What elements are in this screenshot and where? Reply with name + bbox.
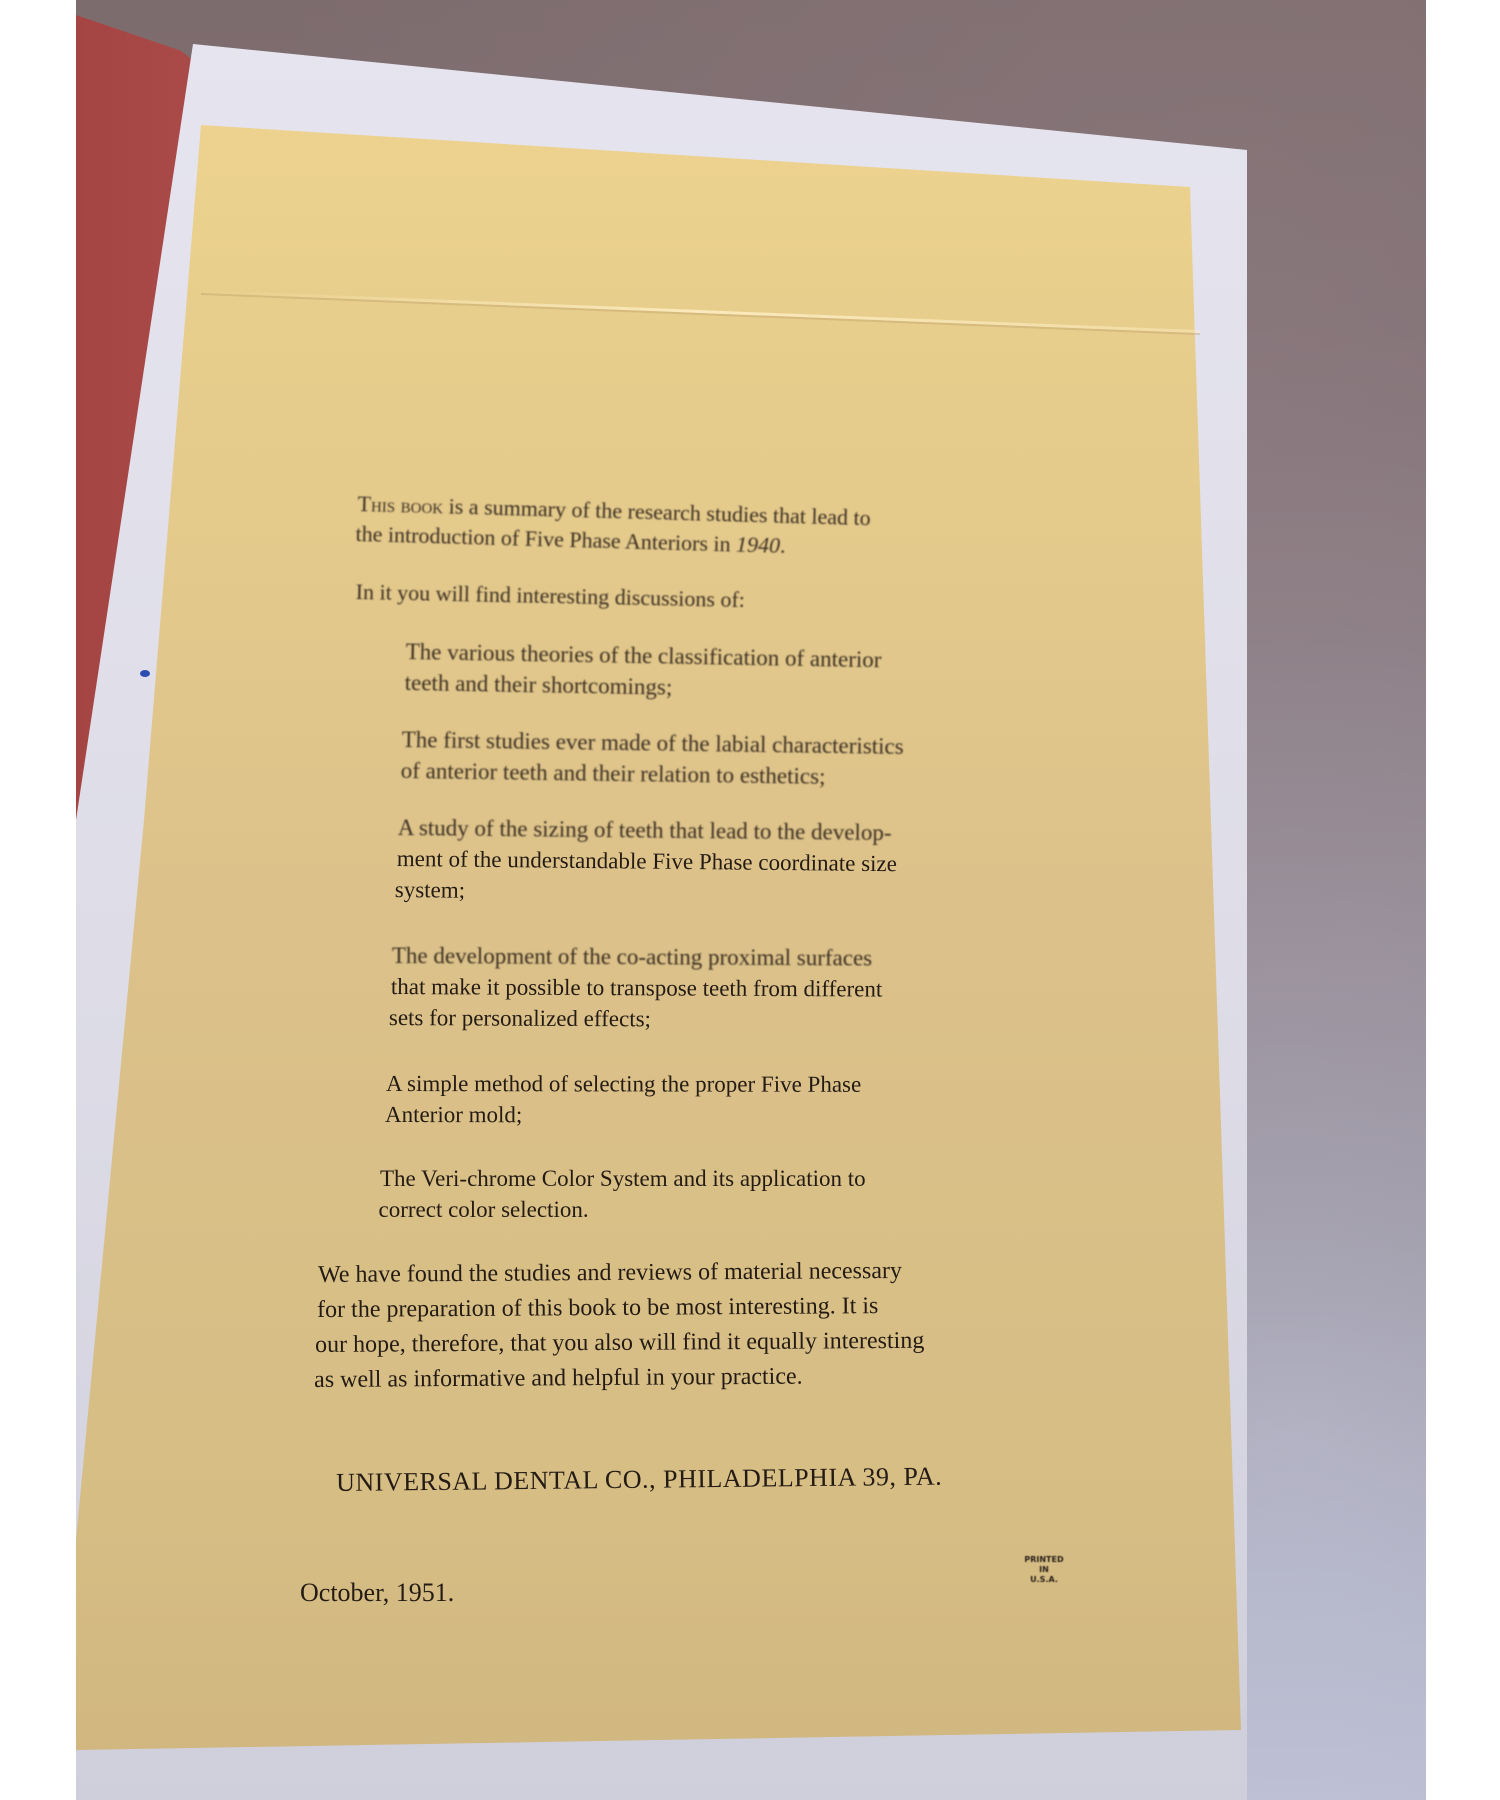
discussion-item-line: teeth and their shortcomings; — [404, 667, 672, 703]
discussion-item-line: The development of the co-acting proxima… — [392, 940, 872, 974]
photo — [76, 0, 1426, 1800]
closing-line: We have found the studies and reviews of… — [318, 1254, 902, 1293]
stamp-line-1: PRINTED — [1016, 1555, 1072, 1565]
publication-date: October, 1951. — [300, 1578, 454, 1608]
discussion-item-line: of anterior teeth and their relation to … — [400, 755, 825, 792]
closing-line: as well as informative and helpful in yo… — [314, 1360, 803, 1398]
discussion-item-line: A study of the sizing of teeth that lead… — [398, 812, 892, 848]
discussion-item-line: Anterior mold; — [384, 1099, 521, 1130]
intro-smallcaps: This book — [357, 491, 443, 518]
intro-line-2-end: . — [780, 533, 786, 558]
discussion-item-line: ment of the understandable Five Phase co… — [396, 843, 896, 879]
stamp-line-2: IN — [1016, 1565, 1072, 1575]
intro-year: 1940 — [736, 532, 781, 558]
discussion-item-line: A simple method of selecting the proper … — [386, 1068, 861, 1100]
discussion-item-line: correct color selection. — [379, 1194, 589, 1225]
discussion-item-line: The Veri-chrome Color System and its app… — [380, 1163, 866, 1194]
stamp-line-3: U.S.A. — [1016, 1575, 1072, 1585]
discussion-item-line: system; — [395, 874, 466, 906]
printed-in-usa-stamp: PRINTED IN U.S.A. — [1016, 1555, 1072, 1601]
ink-dot — [140, 670, 150, 677]
closing-line: for the preparation of this book to be m… — [317, 1289, 878, 1328]
company-imprint: UNIVERSAL DENTAL CO., PHILADELPHIA 39, P… — [336, 1462, 942, 1498]
discussion-item-line: that make it possible to transpose teeth… — [390, 971, 882, 1005]
closing-line: our hope, therefore, that you also will … — [315, 1324, 924, 1363]
discussion-item-line: sets for personalized effects; — [389, 1002, 651, 1034]
